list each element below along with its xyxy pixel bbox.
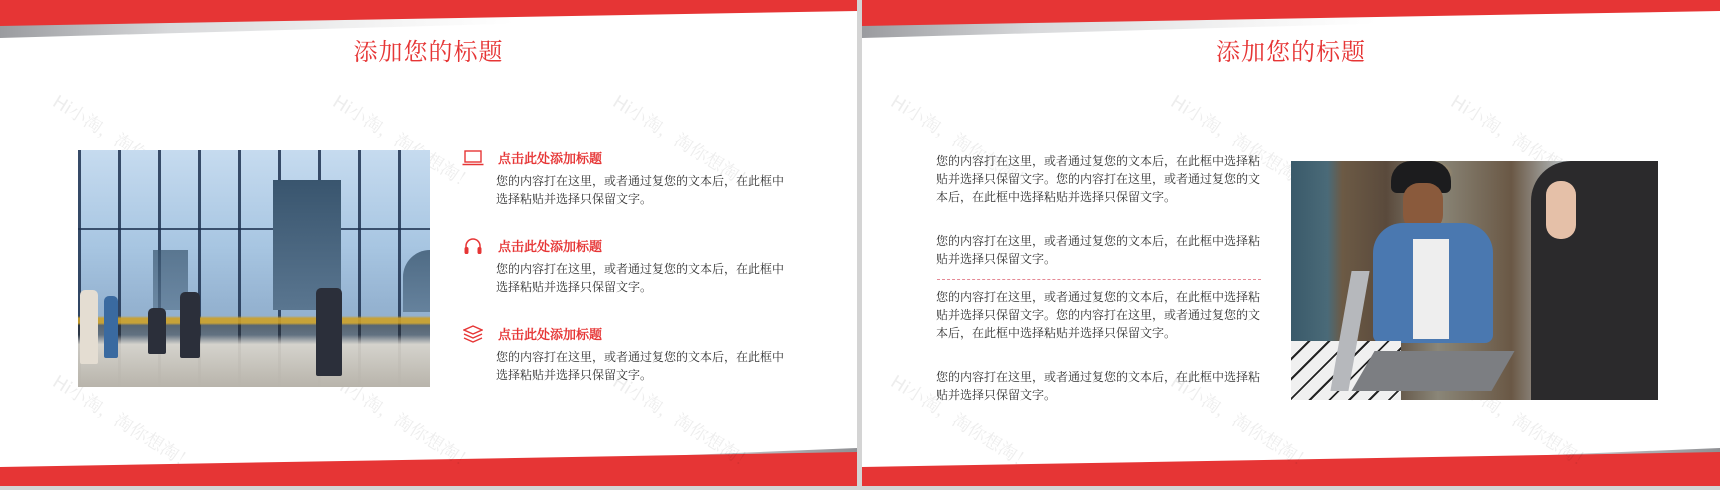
person-shape	[148, 308, 166, 354]
paragraph[interactable]: 您的内容打在这里，或者通过复您的文本后，在此框中选择粘贴并选择只保留文字。	[936, 232, 1266, 268]
feature-list: 点击此处添加标题 您的内容打在这里，或者通过复您的文本后，在此框中选择粘贴并选择…	[462, 148, 792, 412]
striped-shirt-shape	[1413, 239, 1449, 339]
slide-title[interactable]: 添加您的标题	[862, 32, 1720, 67]
paragraph[interactable]: 您的内容打在这里，或者通过复您的文本后，在此框中选择粘贴并选择只保留文字。您的内…	[936, 288, 1266, 342]
slide-2[interactable]: Hi小淘，淘你想淘！ Hi小淘，淘你想淘！ Hi小淘，淘你想淘！ Hi小淘，淘你…	[862, 0, 1720, 486]
slide-1[interactable]: Hi小淘，淘你想淘！ Hi小淘，淘你想淘！ Hi小淘，淘你想淘！ Hi小淘，淘你…	[0, 0, 857, 486]
laptop-icon	[462, 149, 484, 167]
feature-description[interactable]: 您的内容打在这里，或者通过复您的文本后，在此框中选择粘贴并选择只保留文字。	[496, 260, 786, 296]
feature-item[interactable]: 点击此处添加标题 您的内容打在这里，或者通过复您的文本后，在此框中选择粘贴并选择…	[462, 148, 792, 236]
cafe-laptop-photo[interactable]	[1291, 161, 1658, 400]
paragraph[interactable]: 您的内容打在这里，或者通过复您的文本后，在此框中选择粘贴并选择只保留文字。	[936, 368, 1266, 404]
bottom-red-band	[862, 436, 1720, 486]
person-shape	[180, 292, 200, 358]
dashed-divider	[937, 279, 1261, 280]
slide-title[interactable]: 添加您的标题	[0, 32, 857, 67]
feature-title[interactable]: 点击此处添加标题	[498, 148, 602, 167]
person-shape	[80, 290, 98, 364]
feature-description[interactable]: 您的内容打在这里，或者通过复您的文本后，在此框中选择粘贴并选择只保留文字。	[496, 172, 786, 208]
layers-icon	[462, 325, 484, 343]
laptop-keyboard-shape	[1351, 351, 1514, 391]
feature-description[interactable]: 您的内容打在这里，或者通过复您的文本后，在此框中选择粘贴并选择只保留文字。	[496, 348, 786, 384]
office-skyline-photo[interactable]	[78, 150, 430, 387]
skyscraper-shape	[403, 250, 430, 312]
person-shape	[104, 296, 118, 358]
feature-title[interactable]: 点击此处添加标题	[498, 236, 602, 255]
feature-item[interactable]: 点击此处添加标题 您的内容打在这里，或者通过复您的文本后，在此框中选择粘贴并选择…	[462, 324, 792, 412]
bottom-red-band	[0, 436, 857, 486]
person-shape	[316, 288, 342, 376]
feature-item[interactable]: 点击此处添加标题 您的内容打在这里，或者通过复您的文本后，在此框中选择粘贴并选择…	[462, 236, 792, 324]
headphones-icon	[462, 237, 484, 255]
paragraph[interactable]: 您的内容打在这里，或者通过复您的文本后，在此框中选择粘贴并选择只保留文字。您的内…	[936, 152, 1266, 206]
feature-title[interactable]: 点击此处添加标题	[498, 324, 602, 343]
face-shape	[1546, 181, 1576, 239]
